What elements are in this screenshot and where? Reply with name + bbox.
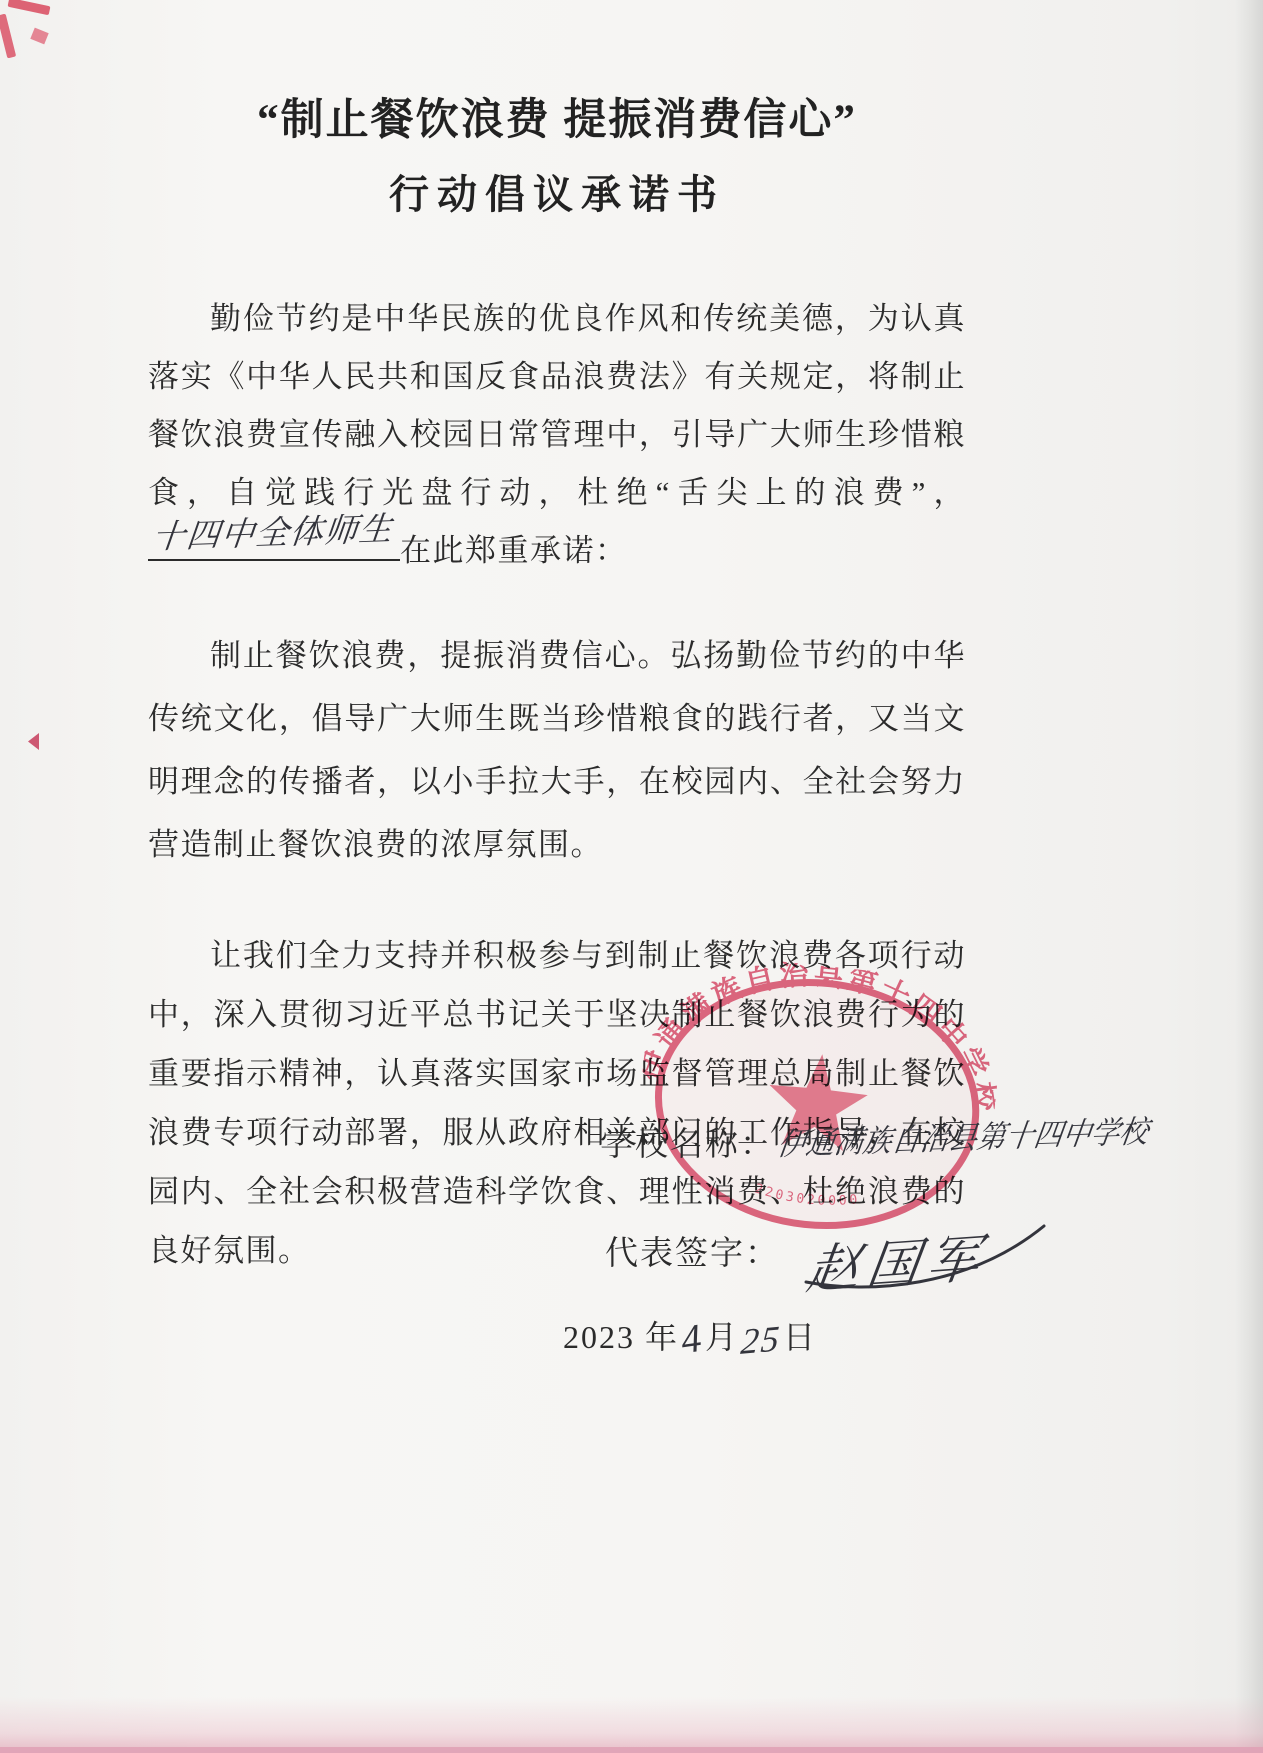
scanned-commitment-letter: “制止餐饮浪费 提振消费信心” 行动倡议承诺书 勤俭节约是中华民族的优良作风和传… xyxy=(0,0,1263,1753)
scan-artifact-red-mark xyxy=(0,14,16,59)
doc-title: “制止餐饮浪费 提振消费信心” xyxy=(148,86,966,147)
date-month-handwritten: 4 xyxy=(678,1314,706,1364)
scan-artifact-red-mark xyxy=(30,28,48,45)
date-day-handwritten: 25 xyxy=(739,1317,783,1363)
handwritten-entry: 十四中全体师生 xyxy=(149,501,396,568)
school-seal: 伊通满族自治县第十四中学校 2203020000 xyxy=(626,948,1007,1261)
signature-label: 代表签字： xyxy=(605,1236,780,1272)
scan-artifact-red-mark xyxy=(8,0,51,15)
paragraph-intro: 勤俭节约是中华民族的优良作风和传统美德，为认真落实《中华人民共和国反食品浪费法》… xyxy=(148,290,966,580)
signature-line: 代表签字：赵国军 xyxy=(605,1222,988,1297)
date-month-label: 月 xyxy=(705,1319,739,1355)
representative-signature: 赵国军 xyxy=(808,1222,988,1297)
p1-text-after-blank: 在此郑重承诺： xyxy=(400,533,628,568)
handwritten-name-blank: 十四中全体师生 xyxy=(148,523,400,561)
scan-artifact-red-edge-mark xyxy=(28,733,39,750)
doc-subtitle: 行动倡议承诺书 xyxy=(148,163,966,220)
school-name-label: 学校名称： xyxy=(600,1127,775,1163)
date-year: 2023 年 xyxy=(563,1319,679,1355)
paragraph-pledge: 制止餐饮浪费，提振消费信心。弘扬勤俭节约的中华传统文化，倡导广大师生既当珍惜粮食… xyxy=(148,624,966,876)
date-day-label: 日 xyxy=(783,1319,817,1355)
date-line: 2023 年4月25日 xyxy=(563,1312,817,1362)
p1-text-before-blank: 勤俭节约是中华民族的优良作风和传统美德，为认真落实《中华人民共和国反食品浪费法》… xyxy=(148,301,966,510)
signature-handwritten: 赵国军 xyxy=(803,1215,993,1303)
scan-bottom-pink-band xyxy=(0,1697,1263,1753)
scan-bottom-edge-line xyxy=(0,1747,1263,1753)
school-name-line: 学校名称：伊通满族自治县第十四中学校 xyxy=(600,1118,1178,1165)
scan-edge-shading xyxy=(1235,0,1263,1753)
